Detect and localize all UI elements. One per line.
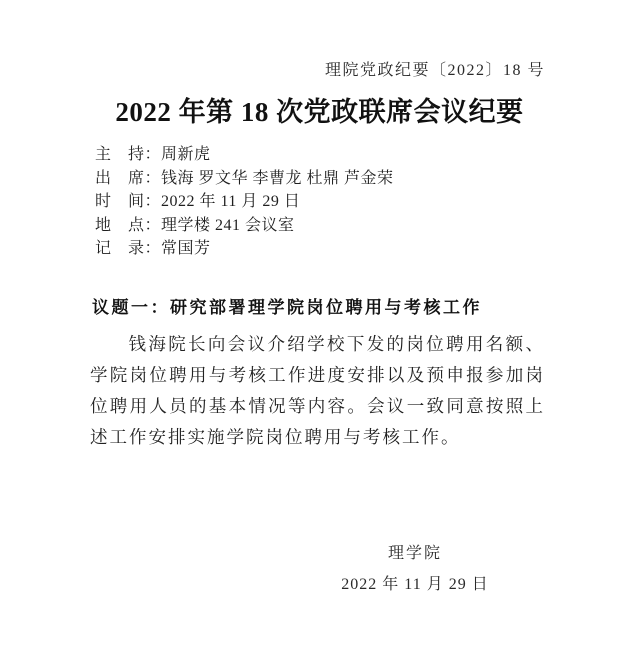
meta-block: 主 持：周新虎 出 席：钱海 罗文华 李曹龙 杜鼎 芦金荣 时 间：2022 年… bbox=[95, 143, 639, 261]
meta-row-recorder: 记 录：常国芳 bbox=[95, 237, 639, 261]
document-page: 理院党政纪要〔2022〕18 号 2022 年第 18 次党政联席会议纪要 主 … bbox=[0, 0, 639, 654]
meta-row-attendees: 出 席：钱海 罗文华 李曹龙 杜鼎 芦金荣 bbox=[95, 167, 639, 191]
meta-label-attendees: 出 席： bbox=[95, 167, 161, 191]
meta-value-location: 理学楼 241 会议室 bbox=[161, 214, 295, 238]
meta-row-location: 地 点：理学楼 241 会议室 bbox=[95, 214, 639, 238]
document-number: 理院党政纪要〔2022〕18 号 bbox=[0, 0, 639, 80]
meta-row-time: 时 间：2022 年 11 月 29 日 bbox=[95, 190, 639, 214]
signature-date: 2022 年 11 月 29 日 bbox=[280, 576, 550, 594]
meta-value-host: 周新虎 bbox=[161, 143, 211, 167]
meta-label-host: 主 持： bbox=[95, 143, 161, 167]
meta-label-time: 时 间： bbox=[95, 190, 161, 214]
signature-name: 理学院 bbox=[280, 545, 550, 563]
body-paragraph: 钱海院长向会议介绍学校下发的岗位聘用名额、学院岗位聘用与考核工作进度安排以及预申… bbox=[90, 329, 545, 453]
meta-row-host: 主 持：周新虎 bbox=[95, 143, 639, 167]
meta-value-time: 2022 年 11 月 29 日 bbox=[161, 190, 300, 214]
document-title: 2022 年第 18 次党政联席会议纪要 bbox=[0, 97, 639, 127]
meta-value-recorder: 常国芳 bbox=[161, 237, 211, 261]
signature-block: 理学院 2022 年 11 月 29 日 bbox=[280, 545, 550, 594]
topic-heading: 议题一：研究部署理学院岗位聘用与考核工作 bbox=[92, 298, 639, 318]
meta-value-attendees: 钱海 罗文华 李曹龙 杜鼎 芦金荣 bbox=[161, 167, 394, 191]
meta-label-recorder: 记 录： bbox=[95, 237, 161, 261]
meta-label-location: 地 点： bbox=[95, 214, 161, 238]
